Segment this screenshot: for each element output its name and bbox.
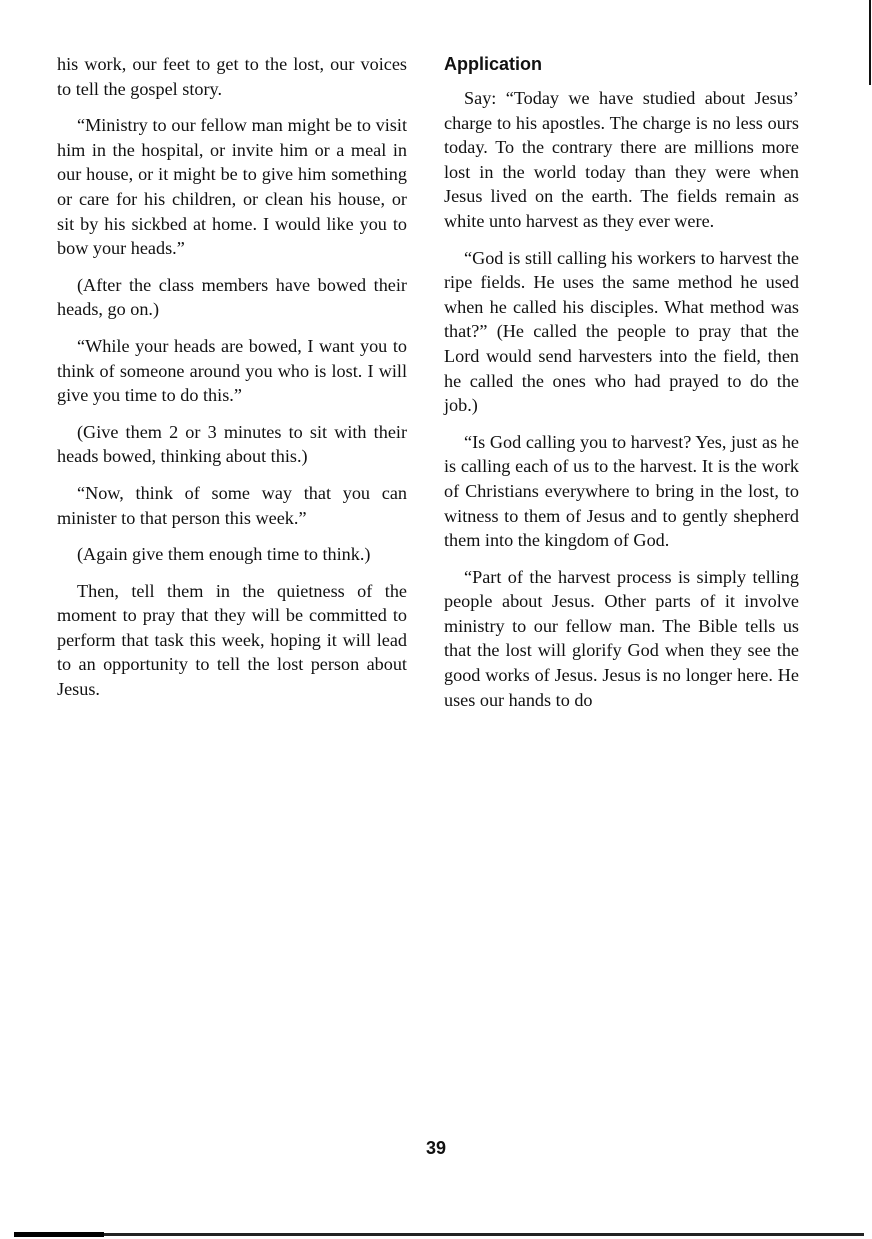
paragraph: Say: “Today we have studied about Jesus’…: [444, 86, 799, 234]
page-number: 39: [0, 1138, 872, 1159]
section-heading: Application: [444, 52, 799, 76]
paragraph: Then, tell them in the quietness of the …: [57, 579, 407, 702]
paragraph: “Is God calling you to harvest? Yes, jus…: [444, 430, 799, 553]
right-column: Application Say: “Today we have studied …: [444, 52, 799, 724]
paragraph: his work, our feet to get to the lost, o…: [57, 52, 407, 101]
left-column: his work, our feet to get to the lost, o…: [57, 52, 407, 714]
paragraph: (Again give them enough time to think.): [57, 542, 407, 567]
paragraph: “While your heads are bowed, I want you …: [57, 334, 407, 408]
scan-edge-line: [869, 0, 871, 85]
paragraph: (Give them 2 or 3 minutes to sit with th…: [57, 420, 407, 469]
paragraph: (After the class members have bowed thei…: [57, 273, 407, 322]
bottom-rule-accent: [14, 1232, 104, 1237]
bottom-rule: [14, 1233, 864, 1236]
paragraph: “Ministry to our fellow man might be to …: [57, 113, 407, 261]
paragraph: “Now, think of some way that you can min…: [57, 481, 407, 530]
paragraph: “God is still calling his workers to har…: [444, 246, 799, 418]
paragraph: “Part of the harvest process is simply t…: [444, 565, 799, 713]
